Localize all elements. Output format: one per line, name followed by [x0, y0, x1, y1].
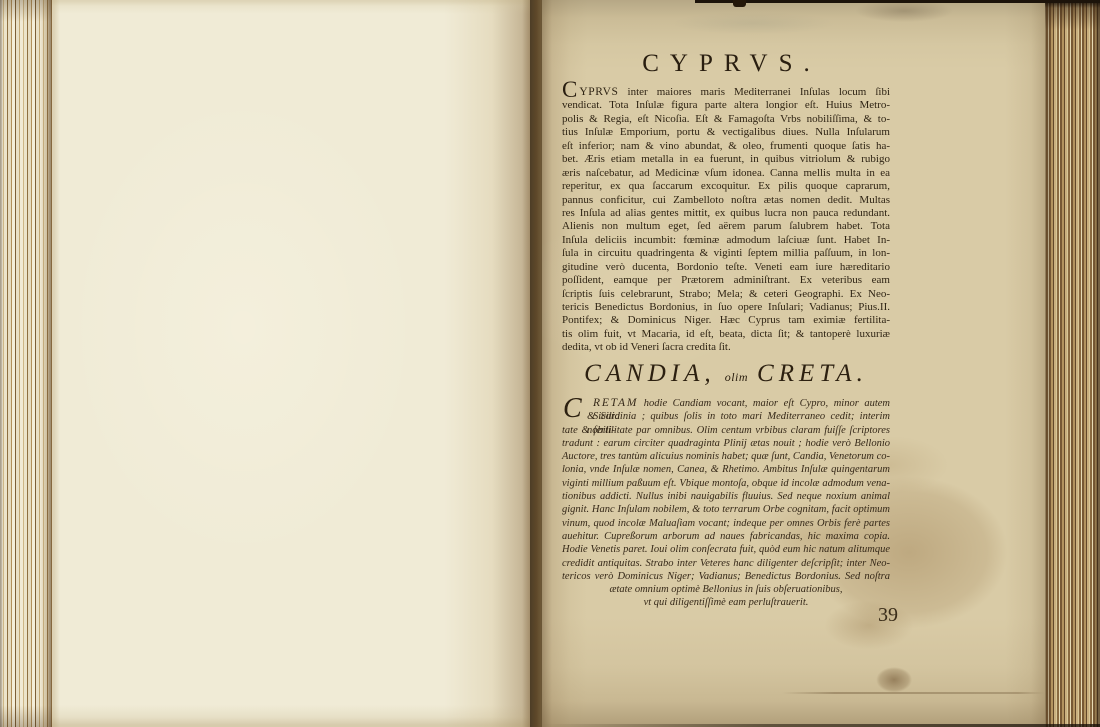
binding-headband: [733, 0, 746, 7]
page-edges-right: [1045, 0, 1100, 727]
text-line: ſcriptis ſuis celebrarunt, Strabo; Mela;…: [562, 288, 890, 301]
left-page-blank: [52, 0, 530, 727]
text-line: tionibus addicti. Nullus inibi nauigabil…: [562, 490, 890, 503]
text-line: pannus conficitur, cui Zambelloto noſtra…: [562, 194, 890, 207]
text-line: auehitur. Cupreßorum arborum ad naues fa…: [562, 530, 890, 543]
text-line: gitudine verò ducenta, Bordonio teſte. V…: [562, 261, 890, 274]
text-line-rest: inter maiores maris Mediterranei Inſulas…: [628, 86, 890, 98]
title-candia-word: CANDIA,: [584, 360, 716, 388]
text-line: poſſident, eamque per Prætorem adminiſtr…: [562, 274, 890, 287]
text-line: reperitur, ex qua ſaccarum excoquitur. E…: [562, 180, 890, 193]
title-creta-word: CRETA.: [757, 360, 868, 388]
text-line: Hodie Venetis paret. Ioui olim conſecrat…: [562, 543, 890, 556]
text-line: vendicat. Tota Inſulæ figura parte alter…: [562, 99, 890, 112]
text-line: polis & Regia, eſt Nicoſia. Eſt & Famago…: [562, 113, 890, 126]
text-line: CYPRVS inter maiores maris Mediterranei …: [562, 86, 890, 99]
text-line: tericos verò Dominicus Niger; Vadianus; …: [562, 570, 890, 583]
text-line: gignit. Hanc Inſulam nobilem, & toto ter…: [562, 503, 890, 516]
text-line: tis olim fuit, vt Macaria, id eſt, beata…: [562, 328, 890, 341]
drop-cap-c: C: [562, 77, 577, 102]
text-line: vt qui diligentiſſimè eam perluſtrauerit…: [562, 596, 890, 609]
text-line: tius Inſulæ Emporium, portu & vectigalib…: [562, 126, 890, 139]
text-line: lonia, vnde Inſulæ nomen, Canea, & Rheti…: [562, 463, 890, 476]
drop-cap-c: C: [563, 395, 582, 423]
section-title-cyprus: CYPRVS.: [562, 50, 890, 78]
text-line: Auctore, tres tantùm alicuius nominis ha…: [562, 450, 890, 463]
book-spread: CYPRVS. CYPRVS inter maiores maris Medit…: [0, 0, 1100, 727]
text-line: viginti millium paßuum eſt. Vbique monto…: [562, 477, 890, 490]
binding-top-edge: [695, 0, 1100, 3]
text-line: Pontifex; & Dominicus Niger. Hæc Cyprus …: [562, 314, 890, 327]
candia-paragraph: CRETAM hodie Candiam vocant, maior eſt C…: [562, 397, 890, 610]
cyprus-paragraph: CYPRVS inter maiores maris Mediterranei …: [562, 86, 890, 355]
lead-word-caps: YPRVS: [579, 86, 618, 98]
text-line: Inſula deliciis incumbit: fœminæ admodum…: [562, 234, 890, 247]
section-title-cyprus-text: CYPRVS.: [642, 50, 821, 77]
text-line: tradunt : earum circiter quadraginta Pli…: [562, 437, 890, 450]
text-column: CYPRVS. CYPRVS inter maiores maris Medit…: [562, 0, 890, 727]
text-line: bet. Æris etiam metalla in ea fuerunt, i…: [562, 153, 890, 166]
right-page: CYPRVS. CYPRVS inter maiores maris Medit…: [542, 0, 1045, 727]
text-line: credidit antiquitas. Strabo inter Vetere…: [562, 557, 890, 570]
text-line: tate & fertilitate par omnibus. Olim cen…: [562, 424, 890, 437]
text-line: dedita, vt ob id Veneri ſacra credita ſi…: [562, 341, 890, 354]
text-line: res Inſula ad alias gentes mittit, ex qu…: [562, 207, 890, 220]
text-line: CRETAM hodie Candiam vocant, maior eſt C…: [562, 397, 890, 410]
text-line: æris naſcebatur, ad Medicinæ vſum idonea…: [562, 167, 890, 180]
title-olim-word: olim: [725, 370, 748, 385]
text-line: vinum, quod incolæ Maluaſiam vocant; ind…: [562, 517, 890, 530]
text-line: ætate omnium optimè Bellonius in ſuis ob…: [562, 583, 890, 596]
text-line: Alienis non multum eget, ſed aërem parum…: [562, 220, 890, 233]
text-line: eſt inferior; nam & vino abundat, & oleo…: [562, 140, 890, 153]
section-title-candia: CANDIA, olim CRETA.: [562, 360, 890, 388]
page-number: 39: [878, 604, 898, 627]
page-edges-left: [0, 0, 52, 727]
text-line: tericis Benedictus Bordonius, in ſuo ope…: [562, 301, 890, 314]
text-line: ſula in circuitu quadringenta & viginti …: [562, 247, 890, 260]
lead-word-caps: RETAM: [593, 397, 638, 409]
